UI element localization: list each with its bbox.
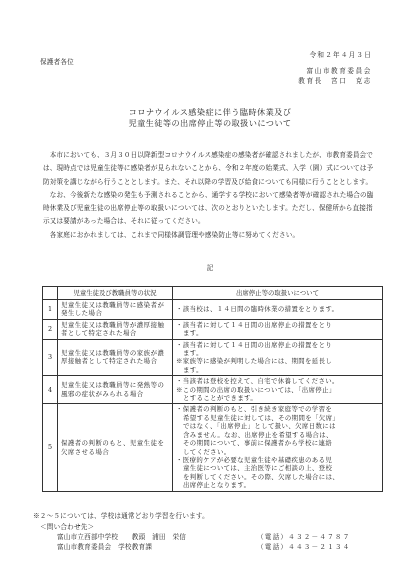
header-handling: 出席停止等の取扱いについて <box>173 287 383 300</box>
row-status: 児童生徒又は教職員等に感染者が発生した場合 <box>58 300 173 320</box>
table-header-row: 児童生徒及び教職員等の状況 出席停止等の取扱いについて <box>43 287 383 300</box>
handling-line: ・保護者の判断のもと、引き続き家庭等での学習を <box>176 405 379 413</box>
row-handling: ・該当者に対して１４日間の出席停止の措置をとり ます。 ※家族等に感染が判明した… <box>173 339 383 376</box>
contacts-heading: ＜問い合わせ先＞ <box>40 523 94 533</box>
row-handling: ・該当校は、１４日間の臨時休業の措置をとります。 <box>173 300 383 320</box>
sender-block: 富山市教育委員会 教育長 宮口 克志 <box>298 67 372 86</box>
handling-table: 児童生徒及び教職員等の状況 出席停止等の取扱いについて 1 児童生徒又は教職員等… <box>42 286 383 492</box>
ki-heading: 記 <box>0 264 420 274</box>
row-handling: ・当該者は登校を控えて、自宅で休養してください。 ※この期間の出席の取扱いについ… <box>173 376 383 404</box>
handling-line: ます。 <box>176 329 379 337</box>
handling-line: ではなく、「出席停止」として扱い、欠席日数には <box>176 422 379 430</box>
contact-name: 富山市教育委員会 学校教育課 <box>57 543 257 553</box>
contact-phone: （電話）４４３－２１３４ <box>257 543 351 553</box>
row-number: 2 <box>43 319 58 339</box>
row-status: 児童生徒又は教職員等の家族が濃厚接触者として特定された場合 <box>58 339 173 376</box>
document-title: コロナウイルス感染症に伴う臨時休業及び 児童生徒等の出席停止等の取扱いについて <box>0 107 420 128</box>
table-row: 3 児童生徒又は教職員等の家族が濃厚接触者として特定された場合 ・該当者に対して… <box>43 339 383 376</box>
handling-line: 出席停止となります。 <box>176 481 379 489</box>
document-date: 令和２年４月３日 <box>310 51 372 61</box>
body-paragraph: なお、今後新たな感染の発生も予測されることから、通学する学校において感染者等が確… <box>43 189 379 229</box>
sender-person: 教育長 宮口 克志 <box>298 77 372 87</box>
handling-line: ます。 <box>176 366 379 374</box>
row-handling: ・該当者に対して１４日間の出席停止の措置をとり ます。 <box>173 319 383 339</box>
row-number: 3 <box>43 339 58 376</box>
header-status: 児童生徒及び教職員等の状況 <box>58 287 173 300</box>
sender-organization: 富山市教育委員会 <box>298 67 372 77</box>
table-row: 5 保護者の判断のもと、児童生徒を欠席させる場合 ・保護者の判断のもと、引き続き… <box>43 404 383 491</box>
body-paragraph: 各家庭におかれましては、これまで同様体調管理や感染防止等に努めてください。 <box>43 229 379 242</box>
handling-line: ・該当校は、１４日間の臨時休業の措置をとります。 <box>176 305 379 313</box>
handling-line: とすることができます。 <box>176 394 379 402</box>
handling-line: その期間について、事前に保護者から学校に連絡 <box>176 439 379 447</box>
title-line-1: コロナウイルス感染症に伴う臨時休業及び <box>0 107 420 118</box>
handling-line: ・該当者に対して１４日間の出席停止の措置をとり <box>176 341 379 349</box>
table-row: 1 児童生徒又は教職員等に感染者が発生した場合 ・該当校は、１４日間の臨時休業の… <box>43 300 383 320</box>
handling-line: ・該当者に対して１４日間の出席停止の措置をとり <box>176 321 379 329</box>
row-number: 1 <box>43 300 58 320</box>
body-text: 本市においても、３月３０日以降新型コロナウイルス感染症の感染者が確認されましたが… <box>43 149 379 242</box>
contact-item: 富山市立西部中学校 教頭 浦田 栄信（電話）４３２－４７８７ <box>57 533 351 543</box>
handling-line: してください。 <box>176 448 379 456</box>
handling-line: 含みません。なお、出席停止を希望する場合は、 <box>176 431 379 439</box>
handling-line: ※家族等に感染が判明した場合には、期間を延長し <box>176 357 379 365</box>
row-status: 保護者の判断のもと、児童生徒を欠席させる場合 <box>58 404 173 491</box>
table-row: 4 児童生徒又は教職員等に発熱等の風邪の症状がみられる場合 ・当該者は登校を控え… <box>43 376 383 404</box>
row-number: 4 <box>43 376 58 404</box>
row-handling: ・保護者の判断のもと、引き続き家庭等での学習を 希望する児童生徒に対しては、その… <box>173 404 383 491</box>
handling-line: 童生徒については、主治医等にご相談の上、登校 <box>176 464 379 472</box>
table-footnote: ※２～５については、学校は通常どおり学習を行います。 <box>33 512 209 522</box>
title-line-2: 児童生徒等の出席停止等の取扱いについて <box>0 118 420 129</box>
recipient: 保護者各位 <box>40 58 74 68</box>
contact-item: 富山市教育委員会 学校教育課（電話）４４３－２１３４ <box>57 543 351 553</box>
contact-phone: （電話）４３２－４７８７ <box>257 533 351 543</box>
row-number: 5 <box>43 404 58 491</box>
handling-line: ※この期間の出席の取扱いについては、「出席停止」 <box>176 386 379 394</box>
row-status: 児童生徒又は教職員等が濃厚接触者として特定された場合 <box>58 319 173 339</box>
handling-line: を判断してください。その際、欠席した場合には、 <box>176 473 379 481</box>
body-paragraph: 本市においても、３月３０日以降新型コロナウイルス感染症の感染者が確認されましたが… <box>43 149 379 189</box>
row-status: 児童生徒又は教職員等に発熱等の風邪の症状がみられる場合 <box>58 376 173 404</box>
contact-name: 富山市立西部中学校 教頭 浦田 栄信 <box>57 533 257 543</box>
handling-line: ・当該者は登校を控えて、自宅で休養してください。 <box>176 377 379 385</box>
table-row: 2 児童生徒又は教職員等が濃厚接触者として特定された場合 ・該当者に対して１４日… <box>43 319 383 339</box>
header-num <box>43 287 58 300</box>
